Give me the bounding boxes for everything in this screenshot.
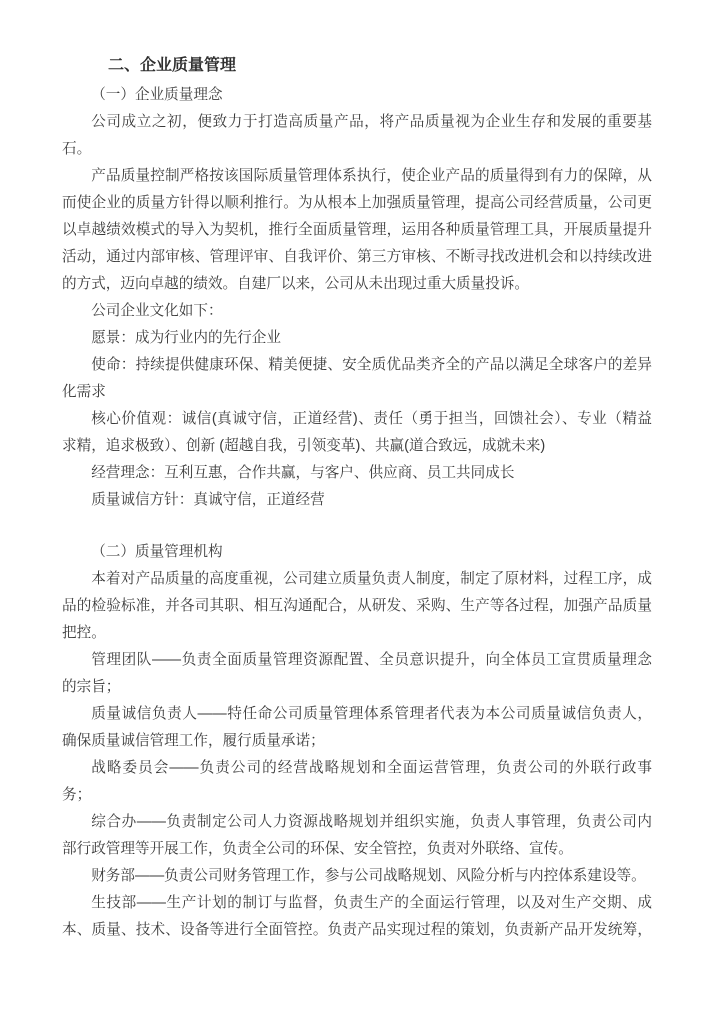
- text-line: 求精，追求极致）、创新 (超越自我，引领变革)、共赢(道合致远，成就未来): [62, 433, 652, 460]
- text-line: 务；: [62, 782, 652, 809]
- text-line: 使命：持续提供健康环保、精美便捷、安全质优品类齐全的产品以满足全球客户的差异: [62, 352, 652, 379]
- text-line: 管理团队——负责全面质量管理资源配置、全员意识提升，向全体员工宣贯质量理念: [62, 647, 652, 674]
- text-line: 经营理念：互利互惠，合作共赢，与客户、供应商、员工共同成长: [62, 460, 652, 487]
- section-heading-1: （一）企业质量理念: [62, 82, 652, 109]
- text-line: 产品质量控制严格按该国际质量管理体系执行，使企业产品的质量得到有力的保障，从: [62, 163, 652, 190]
- text-line: 本着对产品质量的高度重视，公司建立质量负责人制度，制定了原材料，过程工序，成: [62, 566, 652, 593]
- text-line: 公司企业文化如下：: [62, 298, 652, 325]
- text-line: 愿景：成为行业内的先行企业: [62, 325, 652, 352]
- text-line: 活动，通过内部审核、管理评审、自我评价、第三方审核、不断寻找改进机会和以持续改进: [62, 244, 652, 271]
- text-line: 质量诚信方针：真诚守信，正道经营: [62, 487, 652, 514]
- document-title: 二、企业质量管理: [62, 50, 652, 82]
- text-line: 的方式，迈向卓越的绩效。自建厂以来，公司从未出现过重大质量投诉。: [62, 271, 652, 298]
- text-line: 部行政管理等开展工作，负责全公司的环保、安全管控，负责对外联络、宣传。: [62, 836, 652, 863]
- document-page: 二、企业质量管理 （一）企业质量理念 公司成立之初，便致力于打造高质量产品，将产…: [0, 0, 724, 1024]
- text-line: 化需求: [62, 379, 652, 406]
- text-line: 石。: [62, 136, 652, 163]
- text-line: 质量诚信负责人——特任命公司质量管理体系管理者代表为本公司质量诚信负责人，: [62, 701, 652, 728]
- text-line: 核心价值观：诚信(真诚守信，正道经营)、责任（勇于担当，回馈社会）、专业（精益: [62, 406, 652, 433]
- text-line: 的宗旨；: [62, 674, 652, 701]
- document-content: 二、企业质量管理 （一）企业质量理念 公司成立之初，便致力于打造高质量产品，将产…: [62, 50, 652, 944]
- text-line: 本、质量、技术、设备等进行全面管控。负责产品实现过程的策划，负责新产品开发统筹，: [62, 917, 652, 944]
- text-line: 以卓越绩效模式的导入为契机，推行全面质量管理，运用各种质量管理工具，开展质量提升: [62, 217, 652, 244]
- section-heading-2: （二）质量管理机构: [62, 539, 652, 566]
- text-line: 战略委员会——负责公司的经营战略规划和全面运营管理，负责公司的外联行政事: [62, 755, 652, 782]
- text-line: 确保质量诚信管理工作，履行质量承诺；: [62, 728, 652, 755]
- text-line: 生技部——生产计划的制订与监督，负责生产的全面运行管理，以及对生产交期、成: [62, 890, 652, 917]
- text-line: 综合办——负责制定公司人力资源战略规划并组织实施，负责人事管理，负责公司内: [62, 809, 652, 836]
- text-line: 公司成立之初，便致力于打造高质量产品，将产品质量视为企业生存和发展的重要基: [62, 109, 652, 136]
- text-line: 把控。: [62, 620, 652, 647]
- section-spacer: [62, 514, 652, 539]
- text-line: 品的检验标准，并各司其职、相互沟通配合，从研发、采购、生产等各过程，加强产品质量: [62, 593, 652, 620]
- text-line: 财务部——负责公司财务管理工作，参与公司战略规划、风险分析与内控体系建设等。: [62, 863, 652, 890]
- text-line: 而使企业的质量方针得以顺利推行。为从根本上加强质量管理，提高公司经营质量，公司更: [62, 190, 652, 217]
